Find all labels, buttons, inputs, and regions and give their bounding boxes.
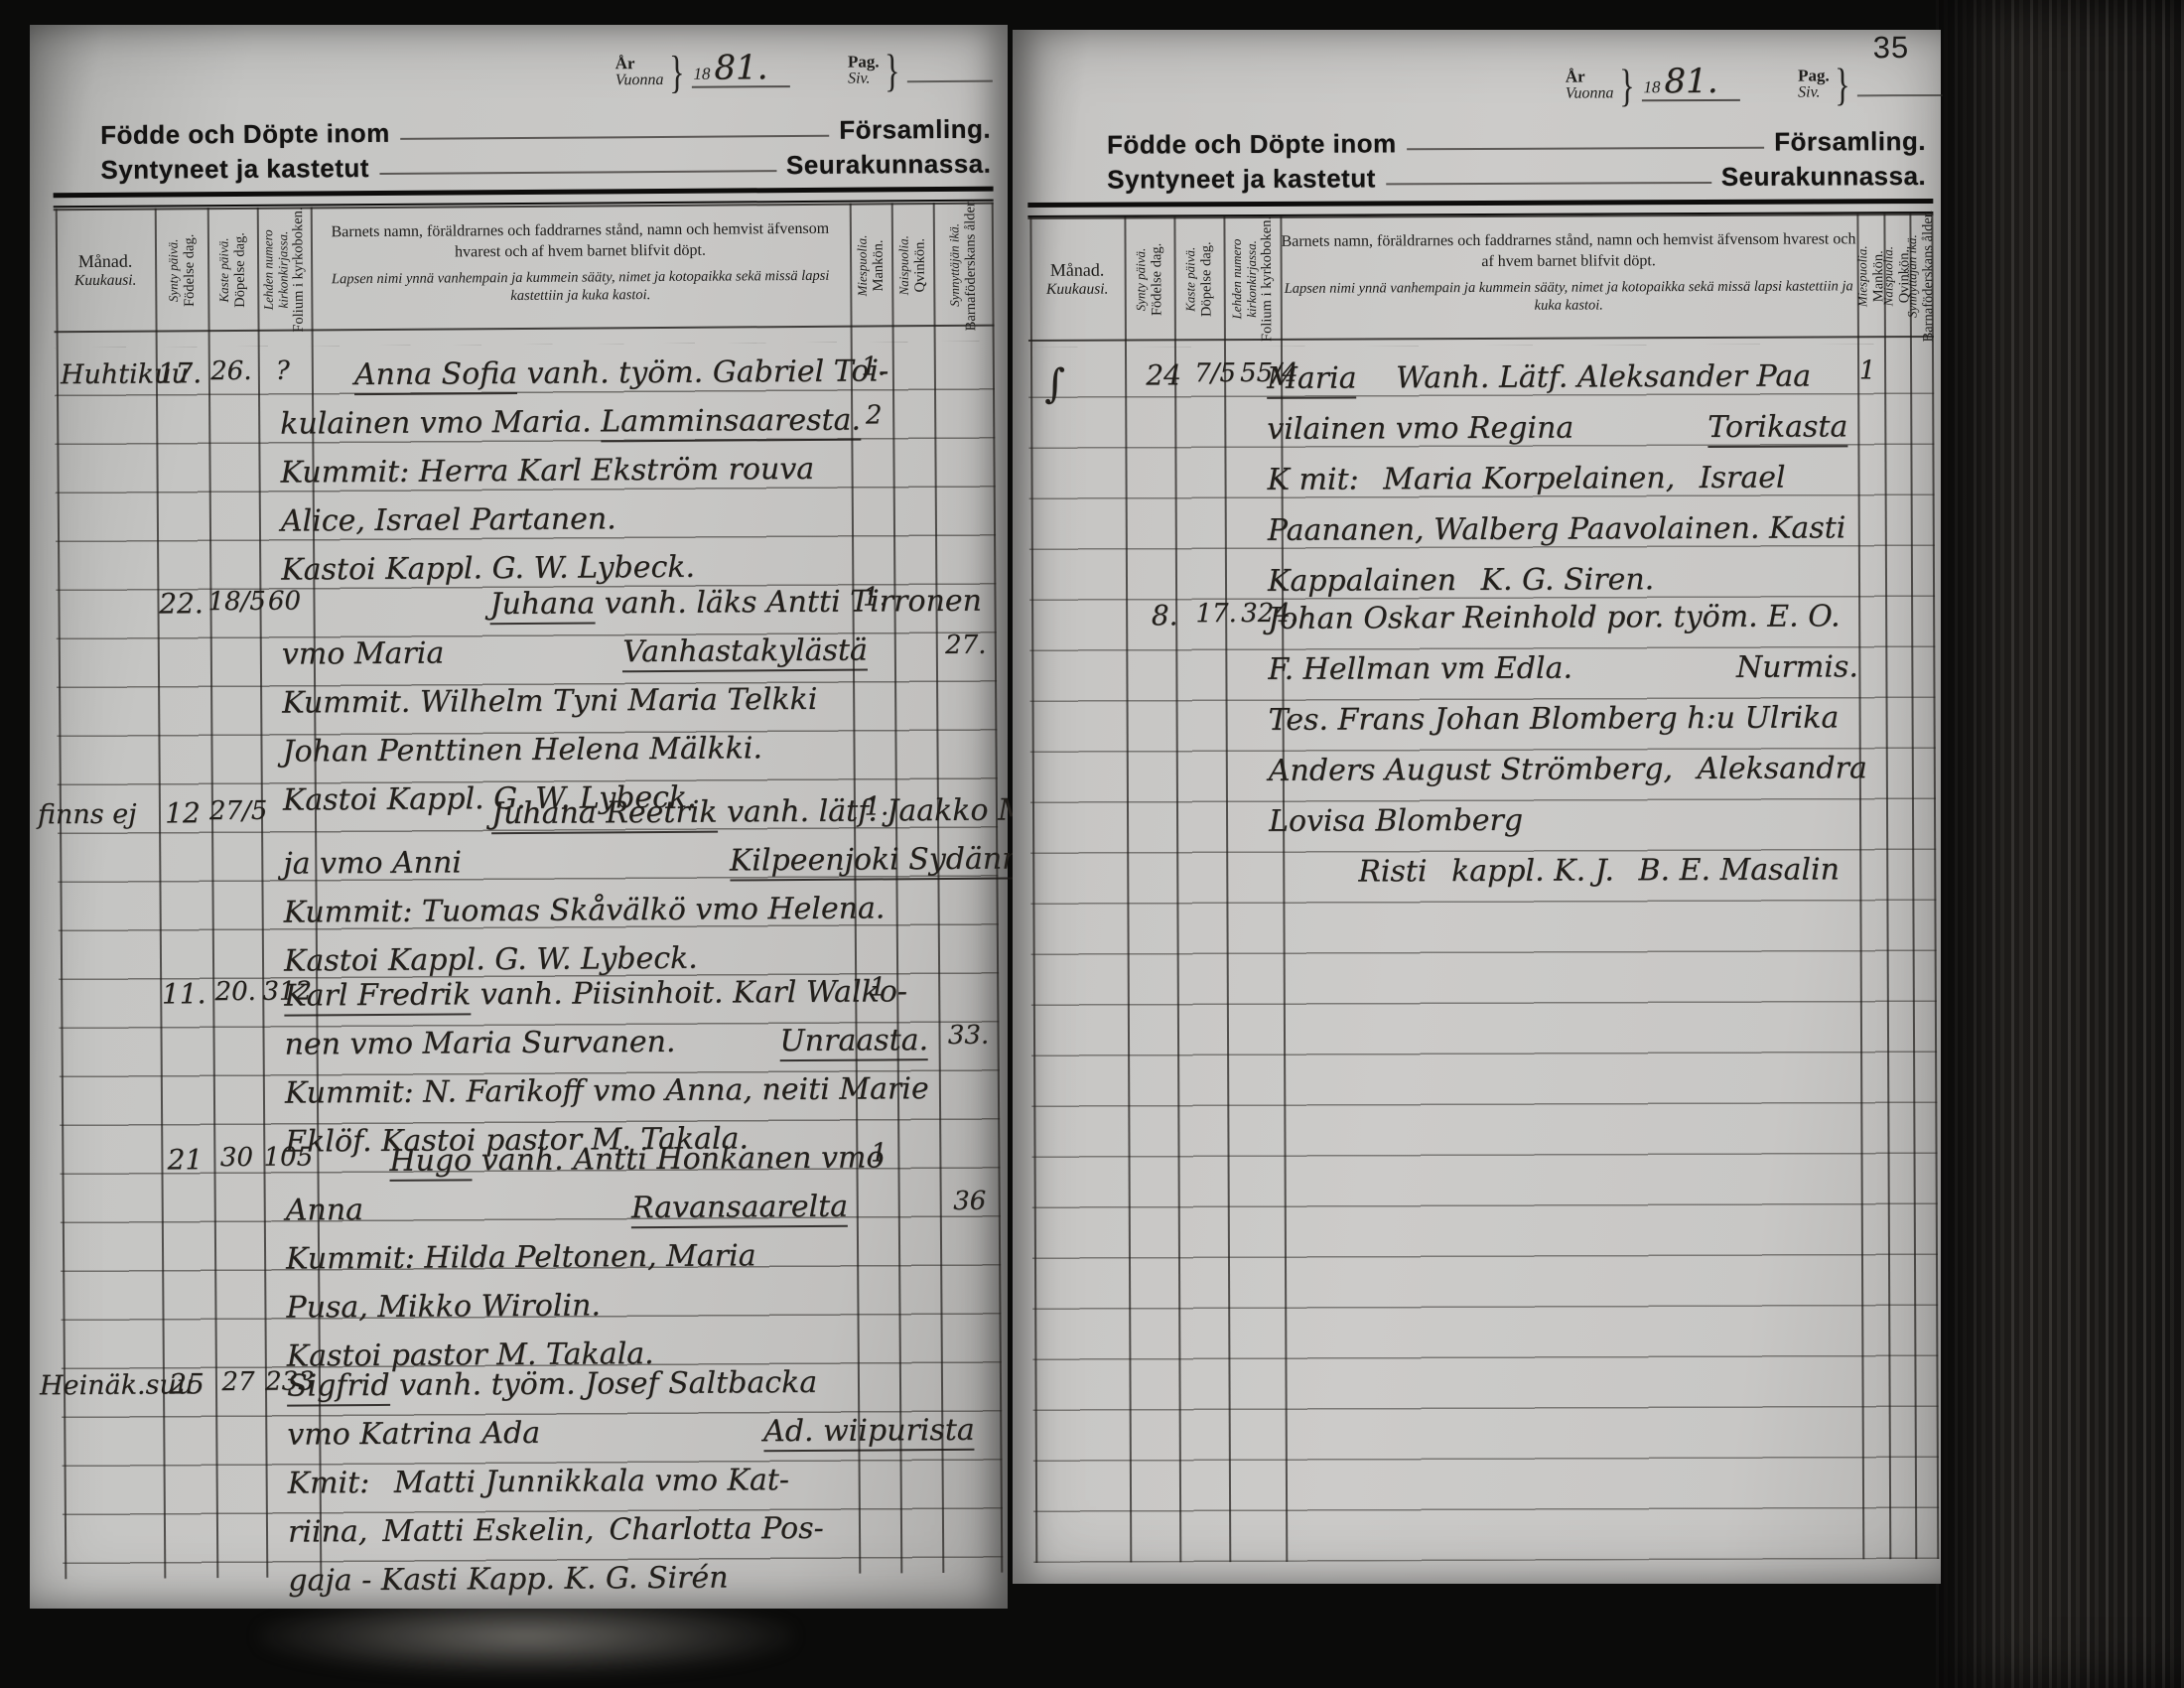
column-header-male: Miespuolia.Mankön. <box>850 205 892 325</box>
brace-glyph: } <box>885 44 900 96</box>
left-page-content: År Vuonna } 18 81. Pag. Siv. } Födde och… <box>24 22 1013 1613</box>
record-line: Hugo vanh. Antti Honkanen vmo <box>285 1137 863 1190</box>
birth-day-cell: 17. <box>154 356 205 389</box>
baptism-day-cell: 26. <box>206 356 256 386</box>
brace-glyph: } <box>1619 59 1635 111</box>
column-header-mother-age: Synnyttäjän ikä.Barnaföderskans ålder. <box>933 205 993 325</box>
record-line: nen vmo Maria Survanen. Unraasta. <box>284 1020 862 1072</box>
record-line: ja vmo Anni Kilpeenjoki Sydänmaa <box>283 839 861 892</box>
record-line: Juhana Reetrik vanh. lätf. Jaakko Myntti <box>283 790 861 843</box>
baptism-day-cell: 17. <box>1191 599 1241 629</box>
record-line: Risti kappl. K. J. B. E. Masalin <box>1269 847 1849 901</box>
record-line: Tes. Frans Johan Blomberg h:u Ulrika <box>1269 695 1849 749</box>
record-line: kulainen vmo Maria. Lamminsaaresta. <box>280 399 858 452</box>
record-line: Kmit: Matti Junnikkala vmo Kat- <box>288 1459 866 1511</box>
title-row-sv: Födde och Döpte inom Församling. <box>100 107 991 148</box>
record-line: vmo Katrina Ada Ad. wiipurista <box>287 1410 865 1463</box>
baptism-day-cell: 7/5 <box>1190 358 1240 388</box>
record-line: riina, Matti Eskelin, Charlotta Pos- <box>288 1507 866 1560</box>
male-count-cell: 1 <box>1850 355 1884 385</box>
record-line: gaja - Kasti Kapp. K. G. Sirén <box>288 1556 866 1609</box>
record-line: Kummit. Wilhelm Tyni Maria Telkki <box>282 678 860 731</box>
record-line: Juhana vanh. läks Antti Tirronen <box>281 581 859 633</box>
birth-day-cell: 24 <box>1138 358 1189 391</box>
column-header-birth-day: Synty päivä.Födelse dag. <box>1124 218 1174 339</box>
record-line: Anna Ravansaarelta <box>286 1186 864 1238</box>
month-cell: ∫ <box>1044 361 1065 407</box>
record-line: Alice, Israel Partanen. <box>281 496 859 549</box>
birth-day-cell: 8. <box>1139 599 1190 632</box>
male-count-cell: 1 <box>860 1138 897 1168</box>
mother-age-cell: 36 <box>942 1187 998 1216</box>
column-header-month: Månad. Kuukausi. <box>56 211 156 332</box>
record-text: Hugo vanh. Antti Honkanen vmo Anna Ravan… <box>285 1137 865 1384</box>
record-line: Maria Wanh. Lätf. Aleksander Paa <box>1267 353 1847 407</box>
pag-blank-line <box>907 58 993 82</box>
column-header-folio: Lehden numero kirkonkirjassa.Folium i ky… <box>257 209 312 329</box>
left-page: År Vuonna } 18 81. Pag. Siv. } Födde och… <box>30 25 1008 1609</box>
baptism-day-cell: 27 <box>213 1367 263 1397</box>
pag-label: Pag. Siv. <box>848 54 880 88</box>
column-header-baptism-day: Kaste päivä.Döpelse dag. <box>207 210 258 330</box>
male-count-cell: 2 <box>855 400 892 430</box>
baptism-day-cell: 18/5 <box>207 587 257 617</box>
record-line: K mit: Maria Korpelainen, Israel <box>1267 455 1847 508</box>
record-line: Pusa, Mikko Wirolin. <box>286 1283 864 1336</box>
column-header-baptism-day: Kaste päivä.Döpelse dag. <box>1173 218 1224 339</box>
year-label: År Vuonna <box>1566 69 1614 103</box>
record-line: Johan Oskar Reinhold por. työm. E. O. <box>1268 594 1848 647</box>
right-page-content: 35 År Vuonna } 18 81. Pag. Siv. } Födde … <box>1010 28 1945 1586</box>
record-text: Johan Oskar Reinhold por. työm. E. O. F.… <box>1268 594 1849 901</box>
record-text: Maria Wanh. Lätf. Aleksander Paa vilaine… <box>1267 353 1848 610</box>
year-pag-row: År Vuonna } 18 81. Pag. Siv. } <box>615 44 993 99</box>
record-text: Sigfrid vanh. työm. Josef Saltbacka vmo … <box>287 1361 867 1609</box>
column-header-month: Månad. Kuukausi. <box>1029 219 1125 340</box>
brace-glyph: } <box>668 46 684 98</box>
record-text: Anna Sofia vanh. työm. Gabriel Toi- kula… <box>280 351 860 598</box>
form-title: Födde och Döpte inom Församling. Syntyne… <box>100 107 991 183</box>
pag-label: Pag. Siv. <box>1798 68 1830 102</box>
birth-day-cell: 11. <box>158 977 209 1010</box>
column-header-female: Naispuolia.Qvinkön. <box>891 205 934 325</box>
record-line: Anna Sofia vanh. työm. Gabriel Toi- <box>280 351 858 403</box>
right-page: 35 År Vuonna } 18 81. Pag. Siv. } Födde … <box>1013 30 1941 1584</box>
year-pag-row: År Vuonna } 18 81. Pag. Siv. } <box>1566 58 1943 112</box>
record-line: Kummit: N. Farikoff vmo Anna, neiti Mari… <box>285 1068 863 1121</box>
record-line: vmo Maria Vanhastakylästä <box>282 630 860 682</box>
title-row-sv: Födde och Döpte inom Församling. <box>1107 119 1926 158</box>
baptism-day-cell: 20. <box>210 977 260 1007</box>
fill-line <box>379 170 776 175</box>
baptism-day-cell: 27/5 <box>209 796 259 826</box>
book-page-edges <box>1936 0 2184 1688</box>
record-line: Kummit: Tuomas Skåvälkö vmo Helena. <box>284 888 862 940</box>
male-count-cell: 1 <box>859 972 896 1002</box>
year-value: 18 81. <box>1641 69 1739 101</box>
column-header-mother-age: Synnyttäjän ikä.Barnaföderskans ålder. <box>1909 215 1932 336</box>
column-header-main: Barnets namn, föräldrarnes och faddrarne… <box>311 206 851 330</box>
pag-blank-line <box>1857 71 1943 95</box>
month-cell: finns ej <box>38 799 137 831</box>
fill-line <box>400 135 829 140</box>
birth-day-cell: 12 <box>157 796 208 829</box>
church-register-scan: År Vuonna } 18 81. Pag. Siv. } Födde och… <box>0 0 2184 1688</box>
record-line: Paananen, Walberg Paavolainen. Kasti <box>1268 505 1848 559</box>
mother-age-cell: 33. <box>940 1021 996 1051</box>
birth-day-cell: 22. <box>155 587 206 620</box>
birth-day-cell: 25 <box>161 1367 212 1400</box>
fill-line <box>1407 147 1764 151</box>
record-line: Johan Penttinen Helena Mälkki. <box>282 727 860 779</box>
record-line: vilainen vmo Regina Torikasta <box>1267 404 1847 458</box>
record-line: Karl Fredrik vanh. Piisinhoit. Karl Walk… <box>284 971 862 1024</box>
male-count-cell: 1. <box>858 791 895 821</box>
fill-line <box>1386 182 1711 185</box>
column-header-main: Barnets namn, föräldrarnes och faddrarne… <box>1280 215 1857 339</box>
male-count-cell: 1. <box>855 352 892 381</box>
mother-age-cell: 27. <box>938 631 994 660</box>
title-row-fi: Syntyneet ja kastetut Seurakunnassa. <box>1107 154 1926 193</box>
record-line: Lovisa Blomberg <box>1269 796 1849 850</box>
year-value: 18 81. <box>691 55 789 88</box>
column-header-birth-day: Synty päivä.Födelse dag. <box>155 210 208 330</box>
baptism-day-cell: 30 <box>211 1143 261 1173</box>
record-line: Anders August Strömberg, Aleksandra <box>1269 746 1849 799</box>
year-label: År Vuonna <box>615 55 664 89</box>
male-count-cell: 1. <box>856 582 893 612</box>
form-title: Födde och Döpte inom Församling. Syntyne… <box>1107 119 1926 193</box>
birth-day-cell: 21 <box>159 1143 210 1176</box>
record-line: F. Hellman vm Edla. Nurmis. <box>1268 644 1848 698</box>
brace-glyph: } <box>1835 58 1850 110</box>
column-header-folio: Lehden numero kirkonkirjassa.Folium i ky… <box>1223 218 1281 339</box>
record-line: Kummit: Herra Karl Ekström rouva <box>280 448 858 500</box>
record-text: Juhana Reetrik vanh. lätf. Jaakko Myntti… <box>283 790 862 989</box>
record-line: Sigfrid vanh. työm. Josef Saltbacka <box>287 1361 865 1414</box>
record-line: Kummit: Hilda Peltonen, Maria <box>286 1234 864 1287</box>
